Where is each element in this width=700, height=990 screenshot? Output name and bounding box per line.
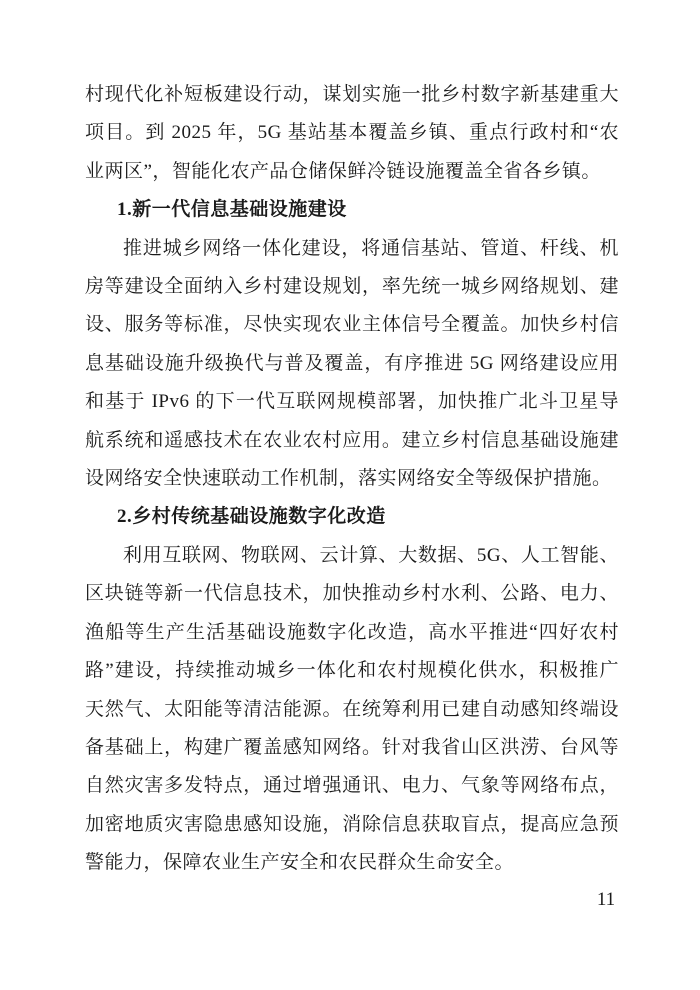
paragraph-section-1: 推进城乡网络一体化建设，将通信基站、管道、杆线、机房等建设全面纳入乡村建设规划，… [85,230,619,499]
section-heading-2: 2.乡村传统基础设施数字化改造 [85,498,619,536]
document-page: 村现代化补短板建设行动，谋划实施一批乡村数字新基建重大项目。到 2025 年，5… [0,0,700,990]
paragraph-section-2: 利用互联网、物联网、云计算、大数据、5G、人工智能、区块链等新一代信息技术，加快… [85,537,619,883]
paragraph-continuation: 村现代化补短板建设行动，谋划实施一批乡村数字新基建重大项目。到 2025 年，5… [85,76,619,191]
page-text-block: 村现代化补短板建设行动，谋划实施一批乡村数字新基建重大项目。到 2025 年，5… [85,76,619,883]
section-heading-1: 1.新一代信息基础设施建设 [85,191,619,229]
page-number: 11 [586,886,626,914]
